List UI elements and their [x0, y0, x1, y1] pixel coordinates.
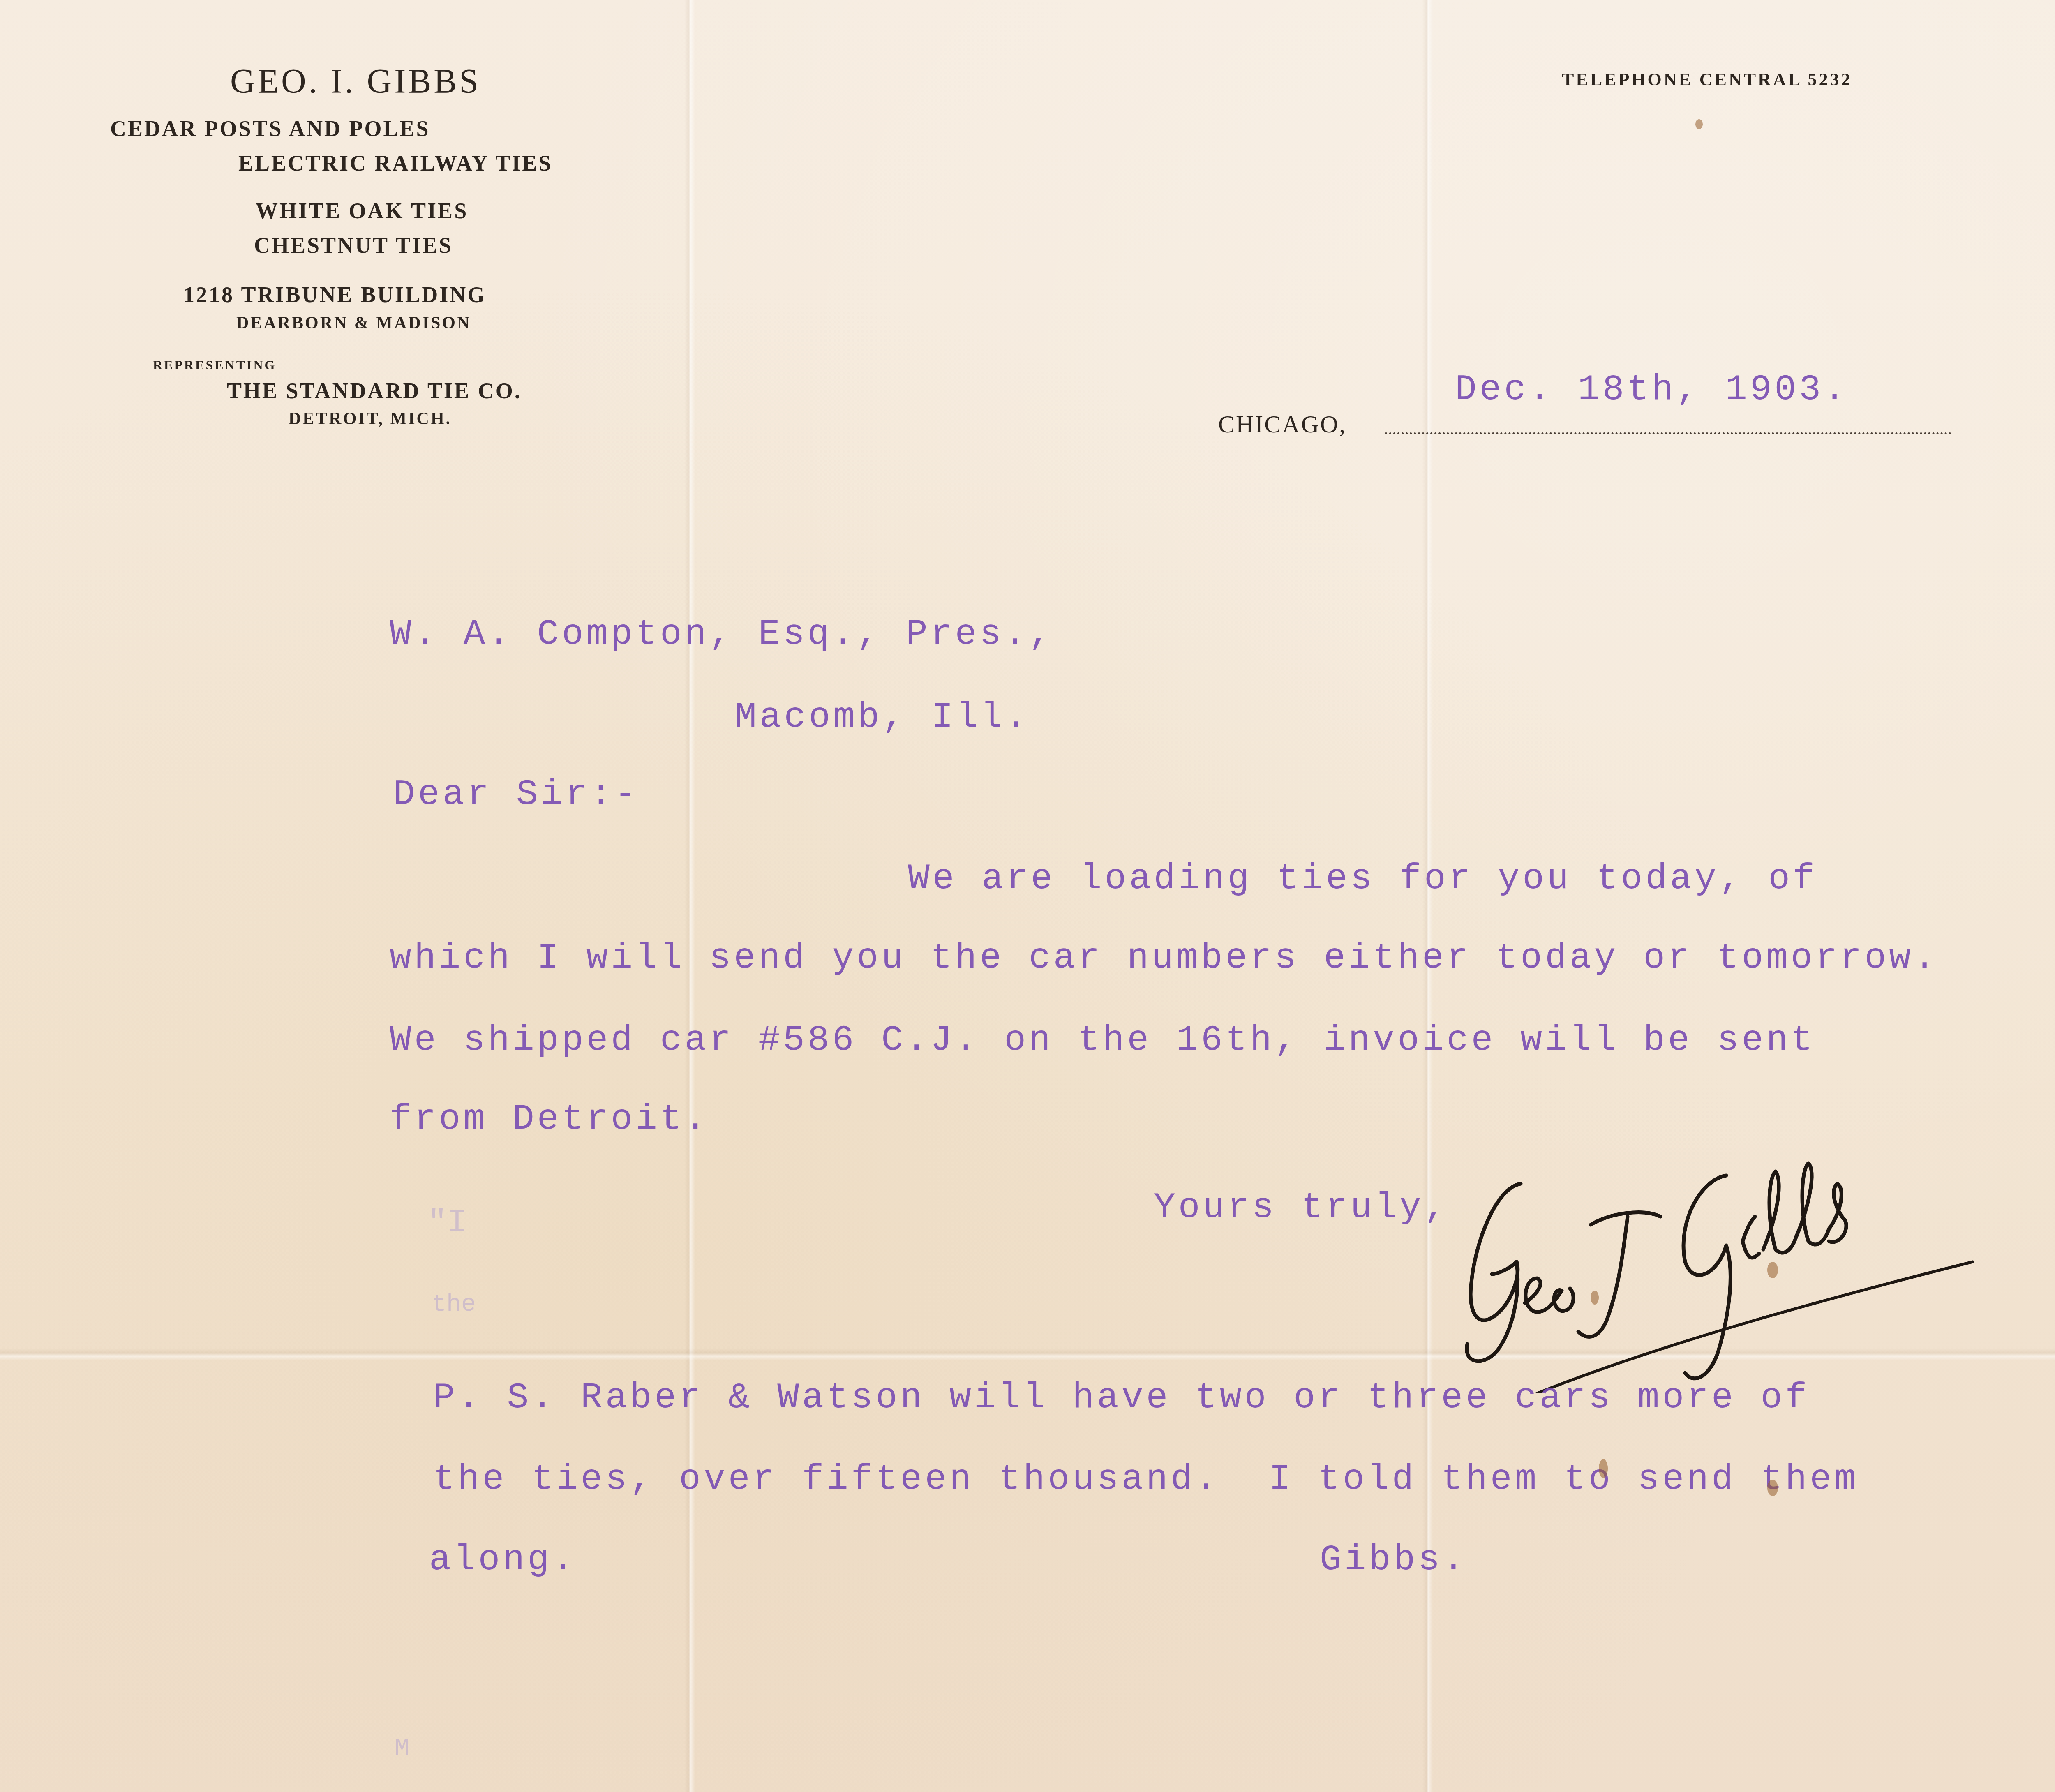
letterhead-company: THE STANDARD TIE CO.	[227, 378, 522, 404]
ghost-mark: "I	[427, 1204, 467, 1242]
letterhead-cross-streets: DEARBORN & MADISON	[236, 313, 471, 333]
letterhead-telephone: TELEPHONE CENTRAL 5232	[1562, 69, 1852, 90]
letter-date: Dec. 18th, 1903.	[1455, 372, 1848, 408]
letterhead-name: GEO. I. GIBBS	[230, 62, 481, 102]
letterhead-line-chestnut: CHESTNUT TIES	[254, 233, 453, 258]
stain-spot	[1599, 1459, 1608, 1478]
stain-spot	[1767, 1262, 1778, 1278]
ghost-mark: M	[395, 1734, 409, 1762]
closing: Yours truly,	[1154, 1190, 1449, 1226]
recipient-city: Macomb, Ill.	[735, 700, 1030, 736]
letterhead-line-cedar: CEDAR POSTS AND POLES	[110, 116, 430, 141]
body-line: which I will send you the car numbers ei…	[390, 940, 1938, 977]
salutation: Dear Sir:-	[393, 777, 639, 813]
body-line: We are loading ties for you today, of	[908, 861, 1817, 897]
body-line: from Detroit.	[390, 1102, 709, 1138]
fold-crease	[684, 0, 695, 1792]
stain-spot	[1767, 1480, 1778, 1496]
letter-page: GEO. I. GIBBS CEDAR POSTS AND POLES ELEC…	[0, 0, 2055, 1792]
letterhead-company-location: DETROIT, MICH.	[289, 409, 452, 429]
postscript-line: along.	[429, 1542, 577, 1578]
handwritten-signature	[1414, 1138, 1981, 1393]
letterhead-city: CHICAGO,	[1218, 410, 1346, 439]
postscript-signoff: Gibbs.	[1320, 1542, 1467, 1578]
body-line: We shipped car #586 C.J. on the 16th, in…	[390, 1023, 1815, 1059]
postscript-line: the ties, over fifteen thousand. I told …	[433, 1462, 1859, 1498]
postscript-line: P. S. Raber & Watson will have two or th…	[433, 1380, 1810, 1416]
letterhead-address: 1218 TRIBUNE BUILDING	[183, 282, 486, 307]
letterhead-line-railway: ELECTRIC RAILWAY TIES	[238, 150, 552, 176]
date-dotted-line	[1385, 432, 1951, 434]
ghost-mark: the	[432, 1291, 476, 1319]
letterhead-line-whiteoak: WHITE OAK TIES	[256, 198, 468, 224]
letterhead-representing: REPRESENTING	[153, 358, 277, 373]
stain-spot	[1695, 119, 1703, 129]
recipient-name: W. A. Compton, Esq., Pres.,	[390, 617, 1053, 653]
stain-spot	[1591, 1291, 1599, 1305]
